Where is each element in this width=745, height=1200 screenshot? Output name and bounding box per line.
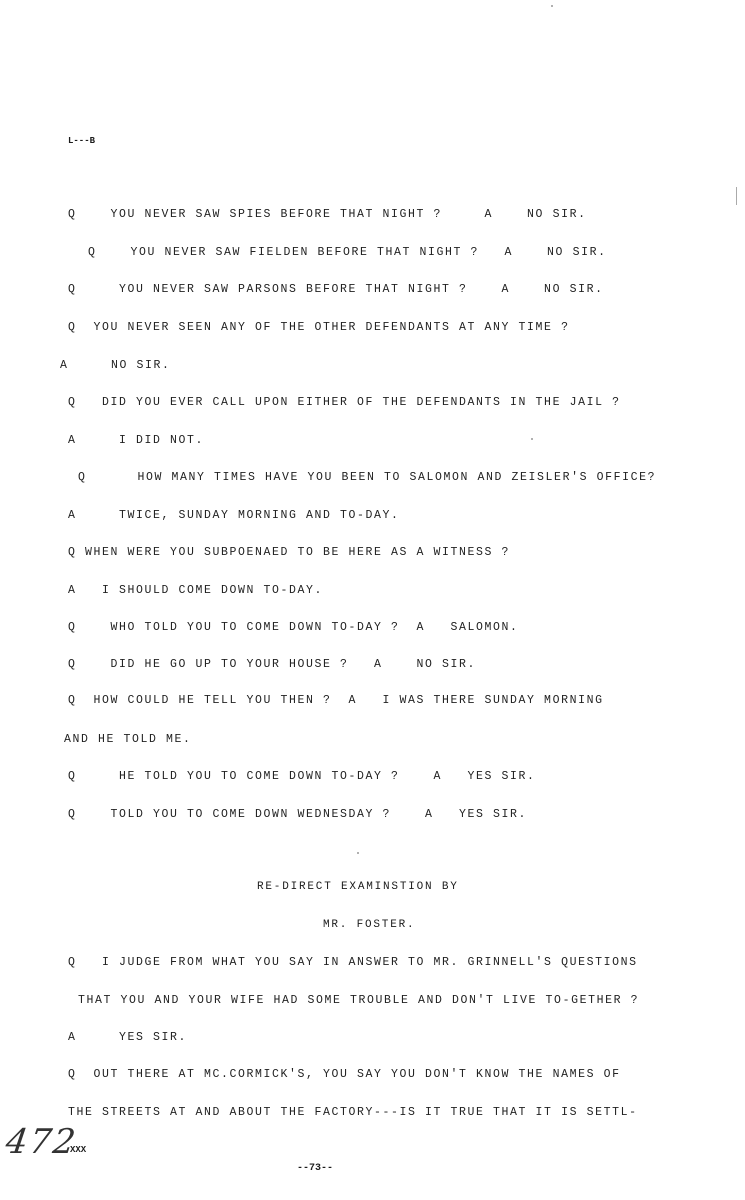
transcript-line: THE STREETS AT AND ABOUT THE FACTORY---I… [68, 1106, 638, 1120]
transcript-line: Q OUT THERE AT MC.CORMICK'S, YOU SAY YOU… [68, 1068, 621, 1082]
transcript-line: Q HOW COULD HE TELL YOU THEN ? A I WAS T… [68, 694, 604, 708]
transcript-line: Q DID YOU EVER CALL UPON EITHER OF THE D… [68, 396, 621, 410]
transcript-line: A YES SIR. [68, 1031, 187, 1045]
transcript-line: Q WHO TOLD YOU TO COME DOWN TO-DAY ? A S… [68, 621, 519, 635]
struck-out-text: XXX [70, 1145, 86, 1155]
transcript-line: Q WHEN WERE YOU SUBPOENAED TO BE HERE AS… [68, 546, 510, 560]
page-number: --73-- [297, 1163, 333, 1174]
transcript-line: A NO SIR. [60, 359, 171, 373]
section-heading: RE-DIRECT EXAMINSTION BY [257, 881, 459, 893]
transcript-line: Q HOW MANY TIMES HAVE YOU BEEN TO SALOMO… [78, 471, 656, 485]
transcript-line: Q YOU NEVER SAW PARSONS BEFORE THAT NIGH… [68, 283, 604, 297]
transcript-line: Q I JUDGE FROM WHAT YOU SAY IN ANSWER TO… [68, 956, 638, 970]
header-mark: L---B [68, 136, 95, 146]
transcript-line: A I DID NOT. [68, 434, 204, 448]
margin-mark [736, 187, 737, 205]
transcript-line: Q TOLD YOU TO COME DOWN WEDNESDAY ? A YE… [68, 808, 527, 822]
transcript-line: THAT YOU AND YOUR WIFE HAD SOME TROUBLE … [78, 994, 639, 1008]
handwritten-folio-number: 472 [3, 1122, 80, 1162]
ink-speck [551, 5, 553, 7]
transcript-line: A I SHOULD COME DOWN TO-DAY. [68, 584, 323, 598]
transcript-line: Q YOU NEVER SAW SPIES BEFORE THAT NIGHT … [68, 208, 587, 222]
examiner-name: MR. FOSTER. [323, 919, 415, 931]
transcript-line: Q HE TOLD YOU TO COME DOWN TO-DAY ? A YE… [68, 770, 536, 784]
transcript-line: AND HE TOLD ME. [64, 733, 192, 747]
transcript-line: A TWICE, SUNDAY MORNING AND TO-DAY. [68, 509, 400, 523]
transcript-line: Q DID HE GO UP TO YOUR HOUSE ? A NO SIR. [68, 658, 476, 672]
transcript-line: Q YOU NEVER SEEN ANY OF THE OTHER DEFEND… [68, 321, 570, 335]
ink-speck [531, 438, 533, 440]
ink-speck [357, 852, 359, 854]
transcript-line: Q YOU NEVER SAW FIELDEN BEFORE THAT NIGH… [88, 246, 607, 260]
